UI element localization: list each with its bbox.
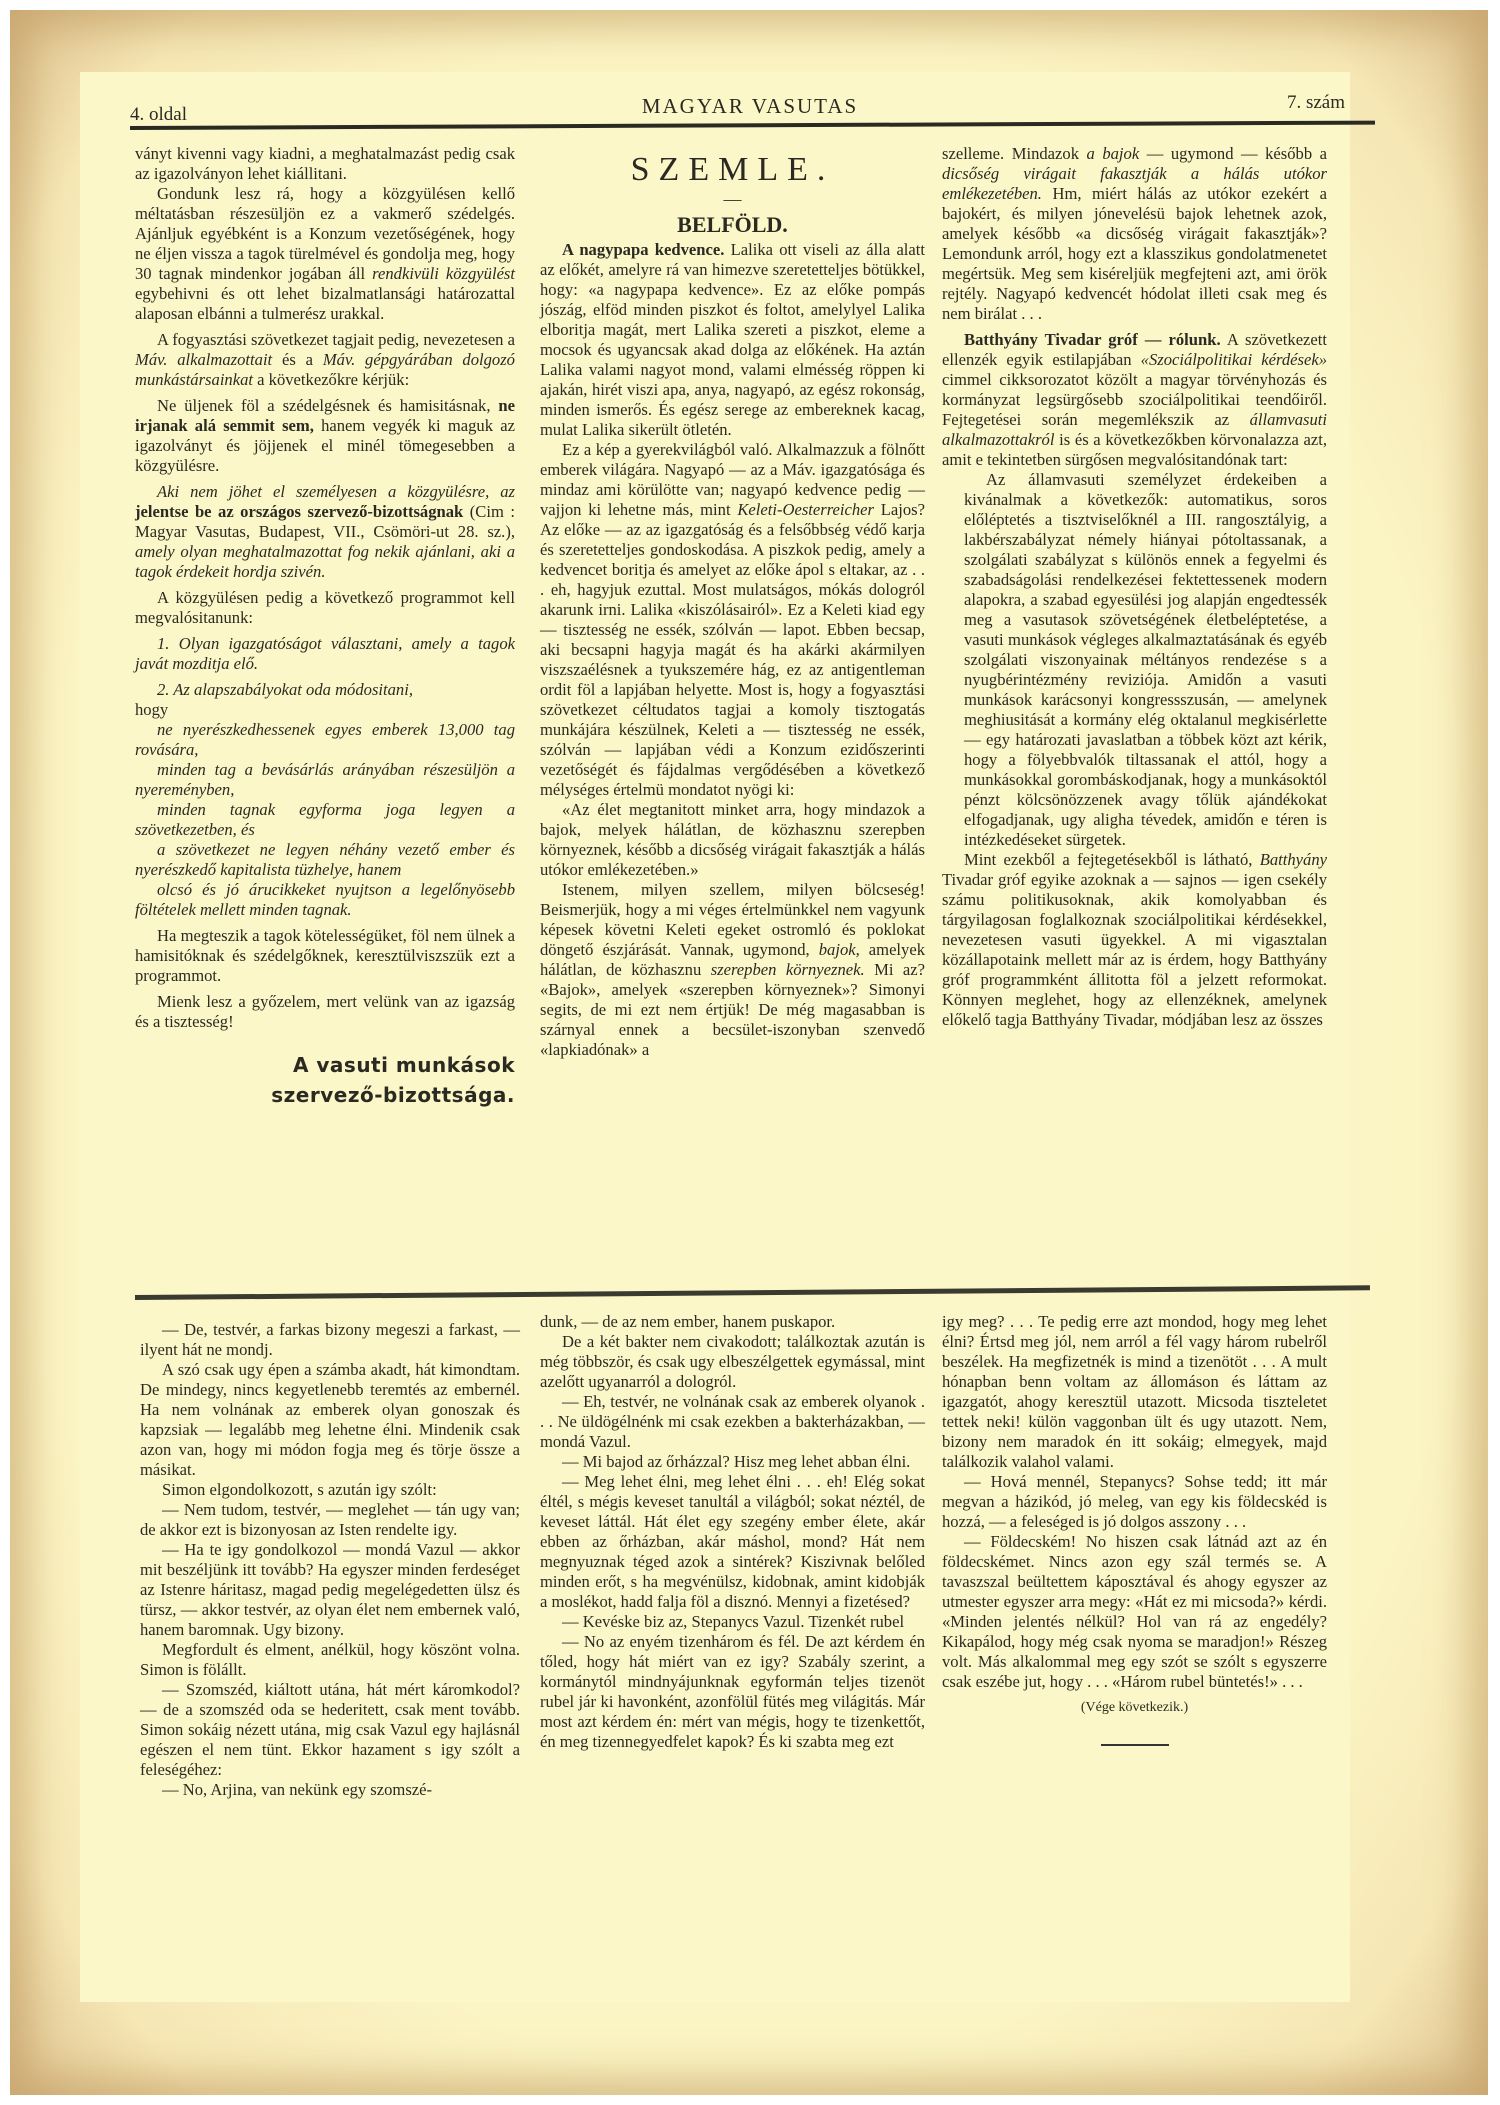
paragraph: — Ha te igy gondolkozol — mondá Vazul — … [140, 1540, 520, 1640]
paragraph: — De, testvér, a farkas bizony megeszi a… [140, 1320, 520, 1360]
program-subitem: minden tag a bevásárlás arányában részes… [135, 760, 515, 800]
program-subitem: olcsó és jó árucikkeket nyujtson a legel… [135, 880, 515, 920]
quote: Az államvasuti személyzet érdekeiben a k… [964, 470, 1327, 850]
program-subitem: minden tagnak egyforma joga legyen a szö… [135, 800, 515, 840]
paragraph: igy meg? . . . Te pedig erre azt mondod,… [942, 1312, 1327, 1472]
article-column-3: szelleme. Mindazok a bajok — ugymond — k… [942, 144, 1327, 1030]
feuilleton-column-2: dunk, — de az nem ember, hanem puskapor.… [540, 1312, 925, 1752]
article-title: A nagypapa kedvence. [562, 240, 724, 259]
program-item: 2. Az alapszabályokat oda módositani, [135, 680, 515, 700]
paragraph: Aki nem jöhet el személyesen a közgyülés… [135, 482, 515, 582]
paragraph: Ez a kép a gyerekvilágból való. Alkalmaz… [540, 440, 925, 800]
section-divider: — [540, 192, 925, 206]
paragraph: — Meg lehet élni, meg lehet élni . . . e… [540, 1472, 925, 1612]
paragraph: ványt kivenni vagy kiadni, a meghatalmaz… [135, 144, 515, 184]
feuilleton-column-3: igy meg? . . . Te pedig erre azt mondod,… [942, 1312, 1327, 1746]
paragraph: — No, Arjina, van nekünk egy szomszé- [140, 1780, 520, 1800]
paragraph: szelleme. Mindazok a bajok — ugymond — k… [942, 144, 1327, 324]
continued-note: (Vége következik.) [942, 1698, 1327, 1718]
paragraph: — Kevéske biz az, Stepanycs Vazul. Tizen… [540, 1612, 925, 1632]
issue-number: 7. szám [1287, 92, 1345, 114]
paragraph: Simon elgondolkozott, s azután igy szólt… [140, 1480, 520, 1500]
end-rule [1101, 1744, 1169, 1746]
paragraph: De a két bakter nem civakodott; találkoz… [540, 1332, 925, 1392]
paragraph: Istenem, milyen szellem, milyen bölcsesé… [540, 880, 925, 1060]
section-title: SZEMLE. [540, 150, 925, 190]
paragraph: dunk, — de az nem ember, hanem puskapor. [540, 1312, 925, 1332]
feuilleton-column-1: — De, testvér, a farkas bizony megeszi a… [140, 1320, 520, 1800]
signature: A vasuti munkások szervező-bizottsága. [135, 1050, 515, 1110]
paragraph: Gondunk lesz rá, hogy a közgyülésen kell… [135, 184, 515, 324]
paragraph: A közgyülésen pedig a következő programm… [135, 588, 515, 628]
paragraph: hogy [135, 700, 515, 720]
paragraph: — Nem tudom, testvér, — meglehet — tán u… [140, 1500, 520, 1540]
paragraph: Mint ezekből a fejtegetésekből is láthat… [942, 850, 1327, 1030]
paragraph: — Mi bajod az őrházzal? Hisz meg lehet a… [540, 1452, 925, 1472]
paragraph: A szó csak ugy épen a számba akadt, hát … [140, 1360, 520, 1480]
publication-title: MAGYAR VASUTAS [130, 94, 1370, 119]
article-column-1: ványt kivenni vagy kiadni, a meghatalmaz… [135, 144, 515, 1110]
subsection-title: BELFÖLD. [540, 212, 925, 238]
paragraph: Mienk lesz a győzelem, mert velünk van a… [135, 992, 515, 1032]
paragraph: Megfordult és elment, anélkül, hogy kösz… [140, 1640, 520, 1680]
quote: «Az élet megtanitott minket arra, hogy m… [540, 800, 925, 880]
program-subitem: a szövetkezet ne legyen néhány vezető em… [135, 840, 515, 880]
article-title: Batthyány Tivadar gróf — rólunk. [964, 330, 1221, 349]
paragraph: — No az enyém tizenhárom és fél. De azt … [540, 1632, 925, 1752]
paragraph: A nagypapa kedvence. Lalika ott viseli a… [540, 240, 925, 440]
paragraph: Ha megteszik a tagok kötelességüket, föl… [135, 926, 515, 986]
paragraph: — Hová mennél, Stepanycs? Sohse tedd; it… [942, 1472, 1327, 1532]
article-column-2: SZEMLE. — BELFÖLD. A nagypapa kedvence. … [540, 144, 925, 1060]
paragraph: Batthyány Tivadar gróf — rólunk. A szöve… [942, 330, 1327, 470]
paragraph: — Földecském! No hiszen csak látnád azt … [942, 1532, 1327, 1692]
program-subitem: ne nyerészkedhessenek egyes emberek 13,0… [135, 720, 515, 760]
program-item: 1. Olyan igazgatóságot választani, amely… [135, 634, 515, 674]
paragraph: A fogyasztási szövetkezet tagjait pedig,… [135, 330, 515, 390]
paragraph: Ne üljenek föl a szédelgésnek és hamisit… [135, 396, 515, 476]
paragraph: — Szomszéd, kiáltott utána, hát mért kár… [140, 1680, 520, 1780]
paragraph: — Eh, testvér, ne volnának csak az ember… [540, 1392, 925, 1452]
